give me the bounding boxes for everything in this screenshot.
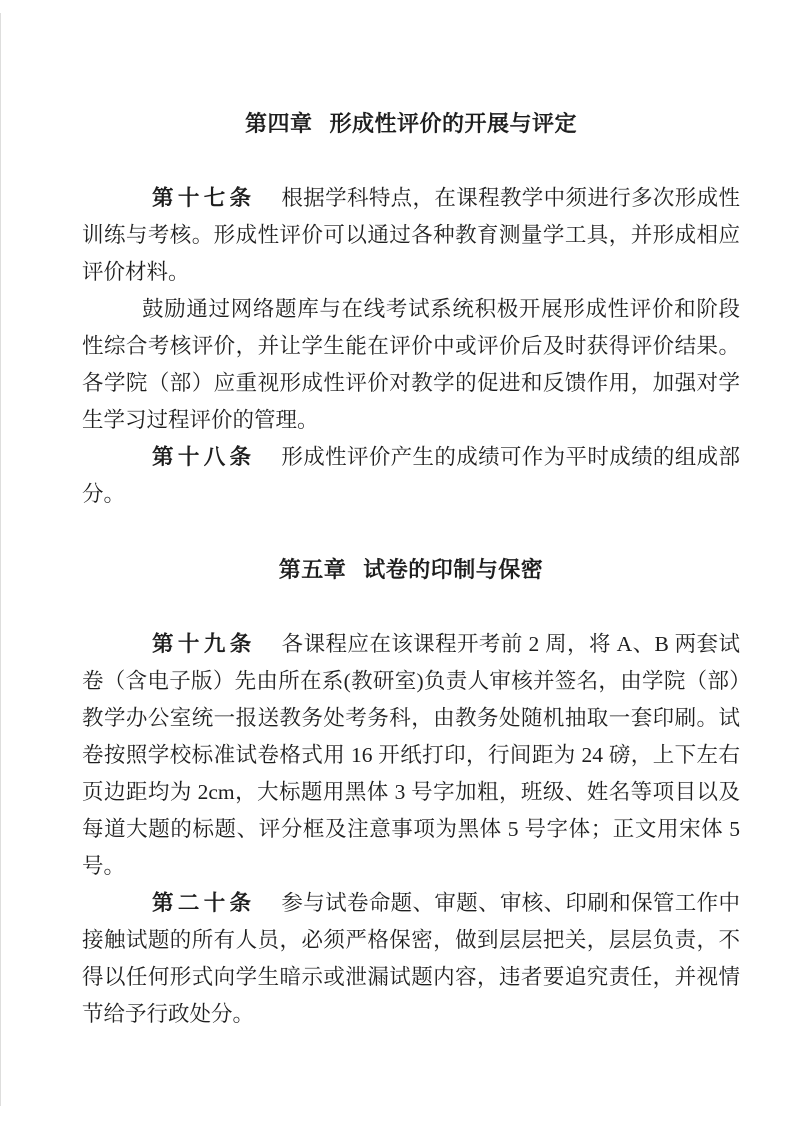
article-17-continuation-text: 鼓励通过网络题库与在线考试系统积极开展形成性评价和阶段性综合考核评价，并让学生能… — [82, 297, 740, 432]
document-page: 第四章形成性评价的开展与评定 第十七条根据学科特点，在课程教学中须进行多次形成性… — [0, 0, 793, 1122]
scan-edge-artifact — [0, 13, 1, 1106]
article-18-label: 第十八条 — [152, 445, 255, 469]
chapter-5-heading: 第五章试卷的印制与保密 — [82, 551, 740, 588]
article-19-label: 第十九条 — [152, 632, 256, 656]
article-20-label: 第二十条 — [152, 891, 255, 915]
chapter-4-heading: 第四章形成性评价的开展与评定 — [82, 105, 740, 142]
article-19-paragraph: 第十九条各课程应在该课程开考前 2 周，将 A、B 两套试卷（含电子版）先由所在… — [82, 626, 740, 885]
article-17-continuation-paragraph: 鼓励通过网络题库与在线考试系统积极开展形成性评价和阶段性综合考核评价，并让学生能… — [82, 291, 740, 439]
chapter-5-number: 第五章 — [279, 557, 347, 582]
chapter-4-number: 第四章 — [245, 111, 313, 136]
article-18-paragraph: 第十八条形成性评价产生的成绩可作为平时成绩的组成部分。 — [82, 439, 740, 513]
article-17-label: 第十七条 — [152, 186, 255, 210]
article-19-text: 各课程应在该课程开考前 2 周，将 A、B 两套试卷（含电子版）先由所在系(教研… — [82, 632, 740, 878]
chapter-4-title: 形成性评价的开展与评定 — [330, 111, 578, 136]
article-17-paragraph: 第十七条根据学科特点，在课程教学中须进行多次形成性训练与考核。形成性评价可以通过… — [82, 180, 740, 291]
chapter-5-title: 试卷的印制与保密 — [363, 557, 543, 582]
article-20-paragraph: 第二十条参与试卷命题、审题、审核、印刷和保管工作中接触试题的所有人员，必须严格保… — [82, 885, 740, 1033]
